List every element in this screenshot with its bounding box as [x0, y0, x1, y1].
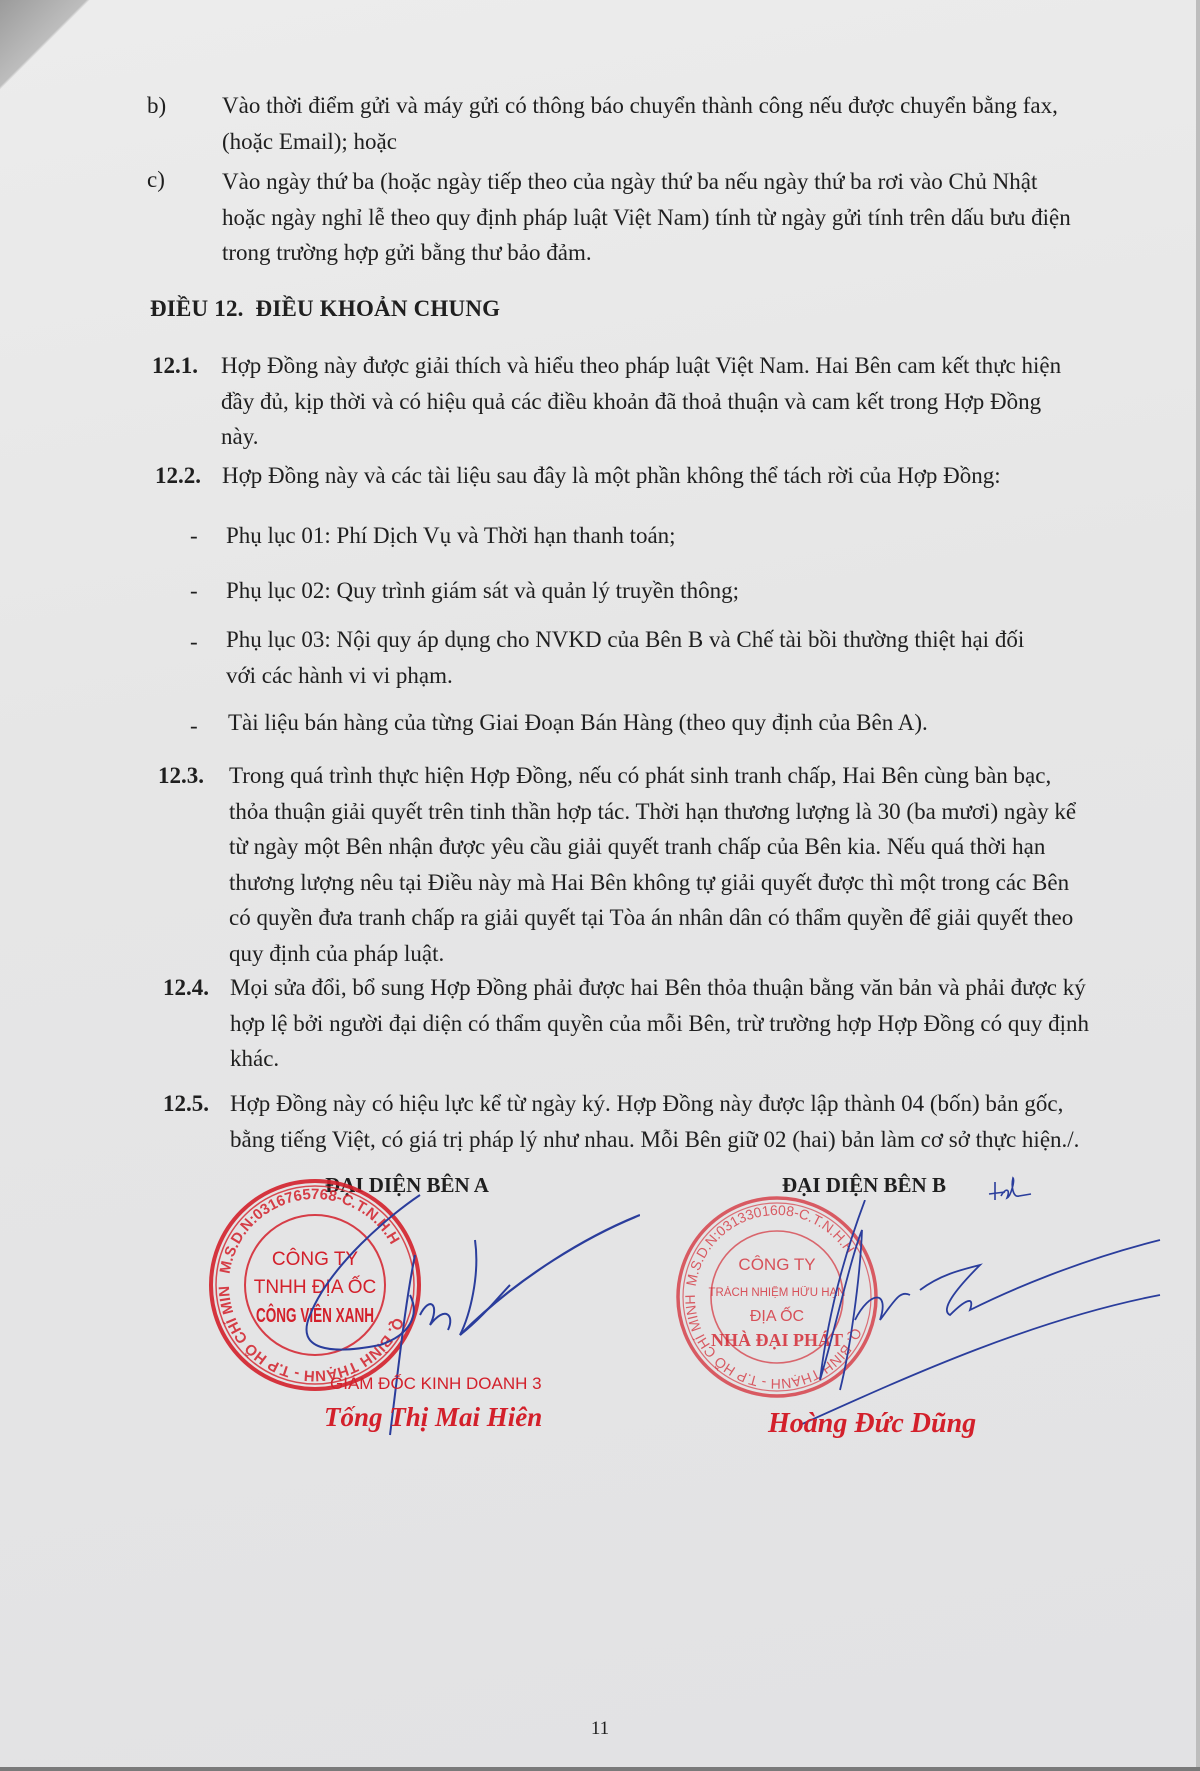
clause-number: 12.3.	[158, 758, 204, 794]
clause-line: đầy đủ, kịp thời và có hiệu quả các điều…	[221, 384, 1126, 420]
clause-12-3: Trong quá trình thực hiện Hợp Đồng, nếu …	[229, 758, 1129, 971]
clause-number: 12.2.	[155, 458, 201, 494]
clause-line: hợp lệ bởi người đại diện có thẩm quyền …	[230, 1006, 1130, 1042]
clause-line: Hợp Đồng này và các tài liệu sau đây là …	[222, 458, 1127, 494]
clause-line: quy định của pháp luật.	[229, 936, 1129, 972]
appendix-01: Phụ lục 01: Phí Dịch Vụ và Thời hạn than…	[226, 518, 1126, 554]
appendix-dash: -	[190, 573, 198, 609]
clause-number: 12.4.	[163, 970, 209, 1006]
party-a-name: Tống Thị Mai Hiên	[324, 1402, 542, 1433]
clause-number: 12.1.	[152, 348, 198, 384]
article-heading: ĐIỀU 12. ĐIỀU KHOẢN CHUNG	[150, 296, 500, 322]
appendix-sales-docs: Tài liệu bán hàng của từng Giai Đoạn Bán…	[228, 705, 1128, 741]
item-c-line: Vào ngày thứ ba (hoặc ngày tiếp theo của…	[222, 164, 1122, 200]
clause-line: Mọi sửa đổi, bổ sung Hợp Đồng phải được …	[230, 970, 1130, 1006]
item-c-line: hoặc ngày nghỉ lễ theo quy định pháp luậ…	[222, 200, 1122, 236]
appendix-line: Phụ lục 03: Nội quy áp dụng cho NVKD của…	[226, 622, 1126, 658]
item-b-text: Vào thời điểm gửi và máy gửi có thông bá…	[222, 88, 1122, 159]
clause-line: này.	[221, 419, 1126, 455]
item-c-line: trong trường hợp gửi bằng thư bảo đảm.	[222, 235, 1122, 271]
appendix-dash: -	[190, 624, 198, 660]
clause-12-4: Mọi sửa đổi, bổ sung Hợp Đồng phải được …	[230, 970, 1130, 1077]
clause-line: có quyền đưa tranh chấp ra giải quyết tạ…	[229, 900, 1129, 936]
clause-line: thỏa thuận giải quyết trên tinh thần hợp…	[229, 794, 1129, 830]
party-b-name: Hoàng Đức Dũng	[768, 1408, 976, 1440]
item-c-text: Vào ngày thứ ba (hoặc ngày tiếp theo của…	[222, 164, 1122, 271]
appendix-dash: -	[190, 708, 198, 744]
clause-line: từ ngày một Bên nhận được yêu cầu giải q…	[229, 829, 1129, 865]
appendix-dash: -	[190, 518, 198, 554]
clause-line: Trong quá trình thực hiện Hợp Đồng, nếu …	[229, 758, 1129, 794]
appendix-line: với các hành vi vi phạm.	[226, 658, 1126, 694]
document-page: b) Vào thời điểm gửi và máy gửi có thông…	[0, 0, 1200, 1771]
clause-number: 12.5.	[163, 1086, 209, 1122]
appendix-03: Phụ lục 03: Nội quy áp dụng cho NVKD của…	[226, 622, 1126, 693]
clause-line: bằng tiếng Việt, có giá trị pháp lý như …	[230, 1122, 1130, 1158]
appendix-02: Phụ lục 02: Quy trình giám sát và quản l…	[226, 573, 1126, 609]
clause-line: Hợp Đồng này được giải thích và hiểu the…	[221, 348, 1126, 384]
page-number: 11	[0, 1718, 1200, 1740]
clause-12-1: Hợp Đồng này được giải thích và hiểu the…	[221, 348, 1126, 455]
party-a-title: GIÁM ĐỐC KINH DOANH 3	[330, 1374, 542, 1394]
page-bottom-edge	[0, 1767, 1200, 1771]
item-b-line: (hoặc Email); hoặc	[222, 124, 1122, 160]
item-b-line: Vào thời điểm gửi và máy gửi có thông bá…	[222, 88, 1122, 124]
signature-b-icon	[780, 1200, 1180, 1440]
item-label-c: c)	[147, 162, 165, 198]
clause-line: thương lượng nêu tại Điều này mà Hai Bên…	[229, 865, 1129, 901]
item-label-b: b)	[147, 88, 166, 124]
clause-12-5: Hợp Đồng này có hiệu lực kể từ ngày ký. …	[230, 1086, 1130, 1157]
clause-line: khác.	[230, 1041, 1130, 1077]
clause-line: Hợp Đồng này có hiệu lực kể từ ngày ký. …	[230, 1086, 1130, 1122]
clause-12-2: Hợp Đồng này và các tài liệu sau đây là …	[222, 458, 1127, 494]
